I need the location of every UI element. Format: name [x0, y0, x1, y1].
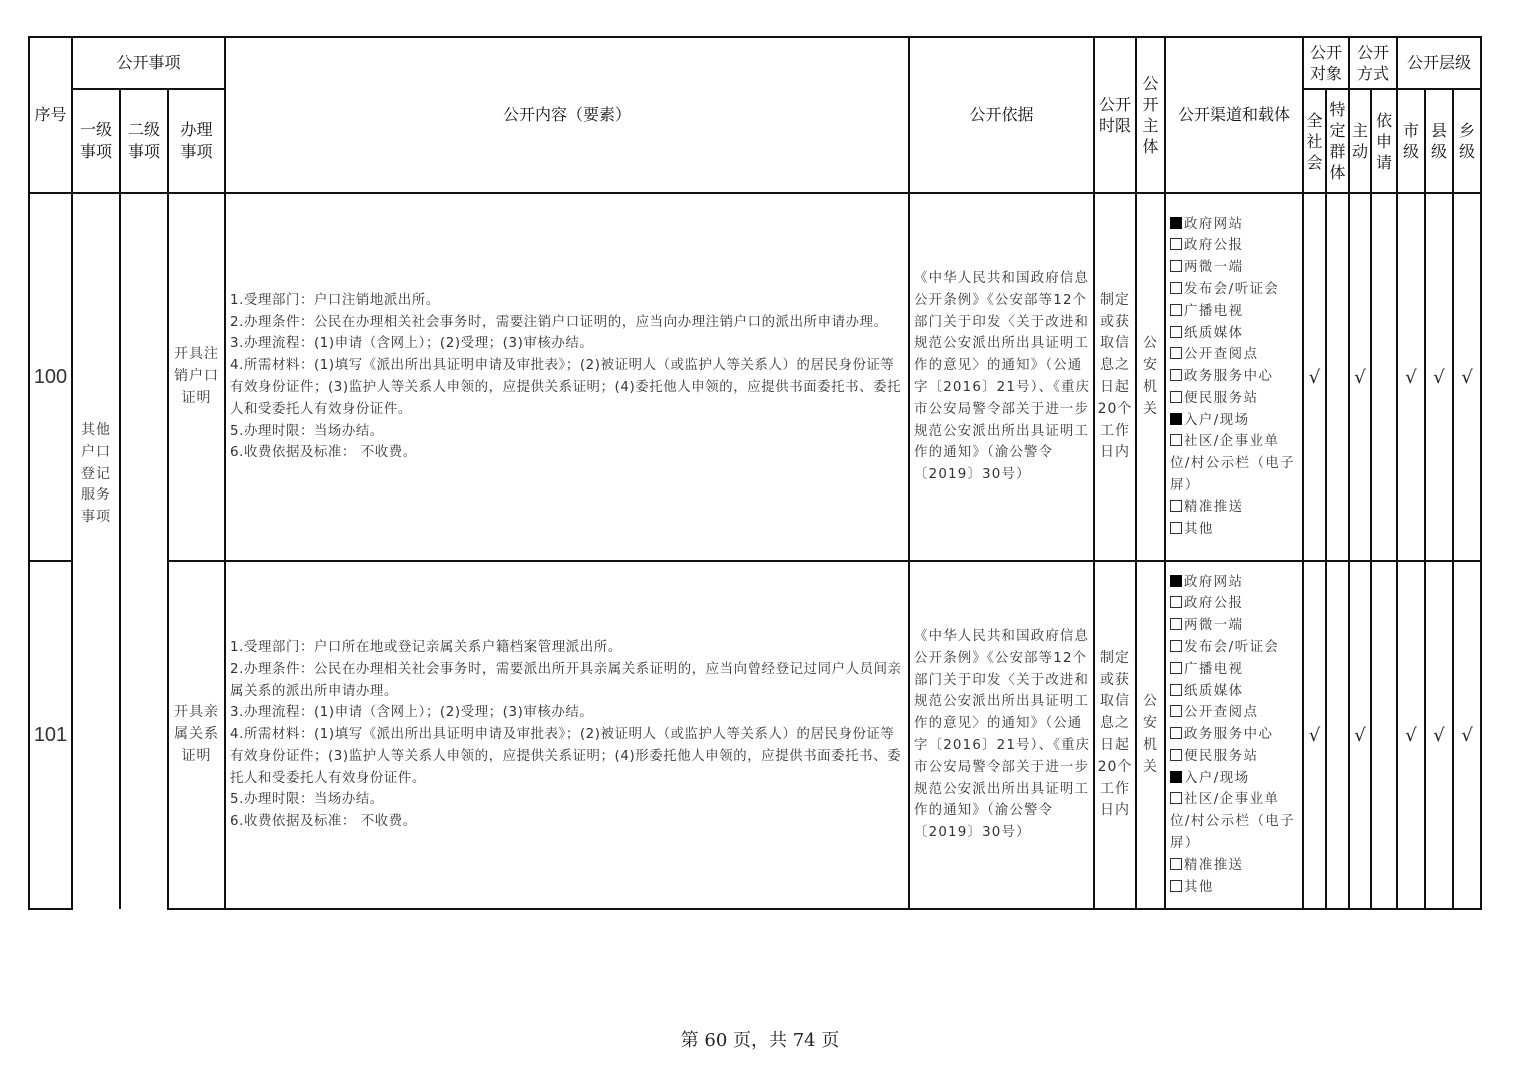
checkbox-empty-icon [1170, 640, 1182, 652]
channel-item: 其他 [1170, 519, 1298, 541]
table-row: 100 其他 户口 登记 服务 事项 开具注 销户口 证明 1.受理部门：户口注… [29, 193, 1481, 561]
checkbox-empty-icon [1170, 880, 1182, 892]
channels-cell: 政府网站 政府公报 两微一端 发布会/听证会 广播电视 纸质媒体 公开查阅点 政… [1165, 561, 1303, 909]
level-town-check: √ [1453, 193, 1481, 561]
header-content: 公开内容（要素） [225, 37, 909, 193]
channel-item: 广播电视 [1170, 659, 1298, 681]
channel-item: 便民服务站 [1170, 746, 1298, 768]
header-channels: 公开渠道和载体 [1165, 37, 1303, 193]
level-city-check: √ [1397, 193, 1425, 561]
checkbox-checked-icon [1170, 413, 1182, 425]
channel-item: 社区/企事业单位/村公示栏（电子屏） [1170, 431, 1298, 496]
basis-cell: 《中华人民共和国政府信息公开条例》《公安部等12个部门关于印发〈关于改进和规范公… [909, 193, 1094, 561]
header-audience: 公开 对象 [1303, 37, 1349, 89]
channel-item: 政府公报 [1170, 235, 1298, 257]
channel-item: 广播电视 [1170, 301, 1298, 323]
checkbox-empty-icon [1170, 304, 1182, 316]
channel-item: 入户/现场 [1170, 768, 1298, 790]
checkbox-empty-icon [1170, 792, 1182, 804]
table-row: 101 开具亲 属关系 证明 1.受理部门：户口所在地或登记亲属关系户籍档案管理… [29, 561, 1481, 909]
method-active-check: √ [1349, 561, 1371, 909]
row-seq: 100 [29, 193, 72, 561]
method-active-check: √ [1349, 193, 1371, 561]
channel-item: 公开查阅点 [1170, 344, 1298, 366]
channel-item: 发布会/听证会 [1170, 637, 1298, 659]
level-county-check: √ [1425, 193, 1453, 561]
method-request-check [1371, 193, 1397, 561]
checkbox-empty-icon [1170, 434, 1182, 446]
checkbox-checked-icon [1170, 217, 1182, 229]
checkbox-empty-icon [1170, 705, 1182, 717]
header-audience-specific: 特 定 群 体 [1326, 89, 1349, 193]
time-limit-cell: 制定 或获 取信 息之 日起 20个 工作 日内 [1094, 561, 1136, 909]
header-level2: 二级 事项 [120, 89, 168, 193]
time-limit-cell: 制定 或获 取信 息之 日起 20个 工作 日内 [1094, 193, 1136, 561]
checkbox-empty-icon [1170, 391, 1182, 403]
checkbox-empty-icon [1170, 618, 1182, 630]
header-handling: 办理 事项 [168, 89, 225, 193]
subject-cell: 公 安 机 关 [1136, 561, 1165, 909]
handling-item: 开具亲 属关系 证明 [168, 561, 225, 909]
header-method-request: 依 申 请 [1371, 89, 1397, 193]
header-level1: 一级 事项 [72, 89, 120, 193]
channel-item: 政府公报 [1170, 593, 1298, 615]
channel-item: 政府网站 [1170, 214, 1298, 236]
channel-item: 精准推送 [1170, 855, 1298, 877]
checkbox-empty-icon [1170, 500, 1182, 512]
channel-item: 政务服务中心 [1170, 366, 1298, 388]
channel-item: 入户/现场 [1170, 410, 1298, 432]
header-subject: 公 开 主 体 [1136, 37, 1165, 193]
checkbox-empty-icon [1170, 326, 1182, 338]
header-level-county: 县 级 [1425, 89, 1453, 193]
channel-item: 精准推送 [1170, 497, 1298, 519]
channel-item: 其他 [1170, 877, 1298, 899]
checkbox-empty-icon [1170, 238, 1182, 250]
method-request-check [1371, 561, 1397, 909]
audience-all-check: √ [1303, 561, 1326, 909]
handling-item: 开具注 销户口 证明 [168, 193, 225, 561]
header-audience-all: 全 社 会 [1303, 89, 1326, 193]
header-level-town: 乡 级 [1453, 89, 1481, 193]
level-town-check: √ [1453, 561, 1481, 909]
disclosure-table: 序号 公开事项 公开内容（要素） 公开依据 公开 时限 公 开 主 体 公开渠道… [28, 36, 1482, 910]
level-city-check: √ [1397, 561, 1425, 909]
channels-cell: 政府网站 政府公报 两微一端 发布会/听证会 广播电视 纸质媒体 公开查阅点 政… [1165, 193, 1303, 561]
checkbox-empty-icon [1170, 749, 1182, 761]
header-method-active: 主 动 [1349, 89, 1371, 193]
checkbox-empty-icon [1170, 858, 1182, 870]
header-level: 公开层级 [1397, 37, 1481, 89]
basis-cell: 《中华人民共和国政府信息公开条例》《公安部等12个部门关于印发〈关于改进和规范公… [909, 561, 1094, 909]
level1-item: 其他 户口 登记 服务 事项 [72, 193, 120, 909]
header-seq: 序号 [29, 37, 72, 193]
checkbox-empty-icon [1170, 282, 1182, 294]
checkbox-empty-icon [1170, 727, 1182, 739]
audience-specific-check [1326, 561, 1349, 909]
channel-item: 政务服务中心 [1170, 724, 1298, 746]
header-public-items: 公开事项 [72, 37, 225, 89]
audience-all-check: √ [1303, 193, 1326, 561]
header-time-limit: 公开 时限 [1094, 37, 1136, 193]
checkbox-empty-icon [1170, 260, 1182, 272]
subject-cell: 公 安 机 关 [1136, 193, 1165, 561]
header-basis: 公开依据 [909, 37, 1094, 193]
audience-specific-check [1326, 193, 1349, 561]
content-cell: 1.受理部门：户口注销地派出所。 2.办理条件：公民在办理相关社会事务时，需要注… [225, 193, 909, 561]
channel-item: 两微一端 [1170, 615, 1298, 637]
channel-item: 便民服务站 [1170, 388, 1298, 410]
checkbox-checked-icon [1170, 771, 1182, 783]
row-seq: 101 [29, 561, 72, 909]
content-cell: 1.受理部门：户口所在地或登记亲属关系户籍档案管理派出所。 2.办理条件：公民在… [225, 561, 909, 909]
channel-item: 社区/企事业单位/村公示栏（电子屏） [1170, 789, 1298, 854]
channel-item: 发布会/听证会 [1170, 279, 1298, 301]
checkbox-checked-icon [1170, 575, 1182, 587]
channel-item: 政府网站 [1170, 572, 1298, 594]
channel-item: 两微一端 [1170, 257, 1298, 279]
channel-item: 纸质媒体 [1170, 681, 1298, 703]
checkbox-empty-icon [1170, 596, 1182, 608]
level-county-check: √ [1425, 561, 1453, 909]
checkbox-empty-icon [1170, 684, 1182, 696]
header-level-city: 市 级 [1397, 89, 1425, 193]
header-row-1: 序号 公开事项 公开内容（要素） 公开依据 公开 时限 公 开 主 体 公开渠道… [29, 37, 1481, 89]
level2-item [120, 193, 168, 909]
checkbox-empty-icon [1170, 369, 1182, 381]
checkbox-empty-icon [1170, 662, 1182, 674]
checkbox-empty-icon [1170, 347, 1182, 359]
checkbox-empty-icon [1170, 522, 1182, 534]
header-method: 公开 方式 [1349, 37, 1397, 89]
channel-item: 纸质媒体 [1170, 323, 1298, 345]
channel-item: 公开查阅点 [1170, 702, 1298, 724]
page-number: 第 60 页，共 74 页 [0, 1026, 1520, 1052]
